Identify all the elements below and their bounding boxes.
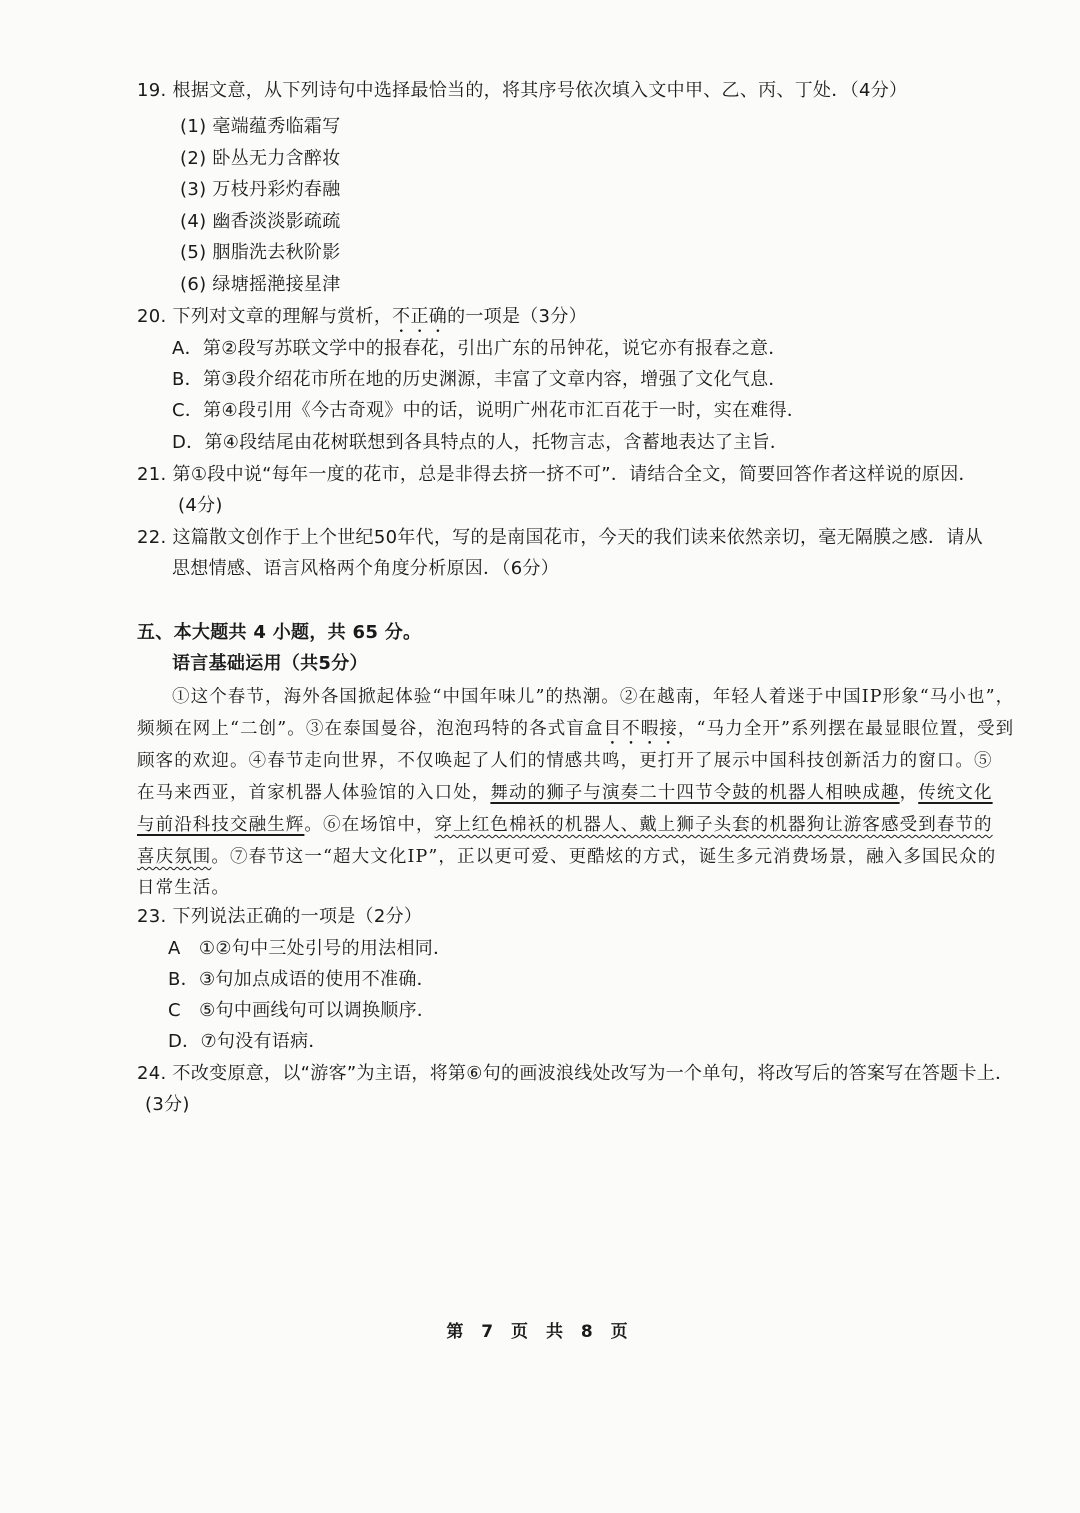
section-heading: 五、本大题共 4 小题，共 65 分。 (137, 621, 421, 645)
exam-page: 19. 根据文意，从下列诗句中选择最恰当的，将其序号依次填入文中甲、乙、丙、丁处… (0, 0, 1080, 1513)
q19-option-5: (5) 胭脂洗去秋阶影 (180, 241, 341, 265)
underlined-sentence-2-cont: 与前沿科技交融生辉 (137, 815, 304, 835)
wavy-underlined-sentence-cont: 喜庆氛围 (137, 847, 211, 867)
q21-line-1: 21. 第①段中说“每年一度的花市，总是非得去挤一挤不可”．请结合全文，简要回答… (137, 463, 977, 487)
q20-option-b: B．第③段介绍花市所在地的历史渊源，丰富了文章内容，增强了文化气息． (172, 368, 787, 392)
section-subheading: 语言基础运用（共5分） (172, 652, 368, 676)
passage-line-4: 在马来西亚，首家机器人体验馆的入口处，舞动的狮子与演奏二十四节令鼓的机器人相映成… (137, 781, 993, 805)
q19-stem: 19. 根据文意，从下列诗句中选择最恰当的，将其序号依次填入文中甲、乙、丙、丁处… (137, 79, 907, 103)
q21-line-2: (4分) (178, 494, 223, 518)
q24-line-2: (3分) (145, 1093, 190, 1117)
q24-line-1: 24. 不改变原意，以“游客”为主语，将第⑥句的画波浪线处改写为一个单句，将改写… (137, 1062, 1013, 1086)
passage-text: 频频在网上“二创”。③在泰国曼谷，泡泡玛特的各式盲盒 (137, 719, 604, 739)
q20-stem-emphasis: 不正确 (392, 306, 447, 327)
q22-line-2: 思想情感、语言风格两个角度分析原因．（6分） (172, 557, 559, 581)
q20-option-a: A．第②段写苏联文学中的报春花，引出广东的吊钟花，说它亦有报春之意． (172, 337, 787, 361)
q23-option-d: D．⑦句没有语病． (168, 1030, 327, 1054)
passage-text: ， (900, 783, 919, 803)
passage-line-6: 喜庆氛围。⑦春节这一“超大文化IP”，正以更可爱、更酷炫的方式，诞生多元消费场景… (137, 845, 996, 869)
q23-option-c: C ⑤句中画线句可以调换顺序． (168, 999, 435, 1023)
passage-line-1: ①这个春节，海外各国掀起体验“中国年味儿”的热潮。②在越南，年轻人着迷于中国IP… (172, 685, 1014, 709)
underlined-sentence-2: 传统文化 (918, 783, 992, 803)
q23-option-b: B．③句加点成语的使用不准确． (168, 968, 435, 992)
passage-text: 。⑥在场馆中， (304, 815, 434, 835)
q20-stem-suffix: 的一项是（3分） (447, 306, 587, 327)
underlined-sentence-1: 舞动的狮子与演奏二十四节令鼓的机器人相映成趣 (490, 783, 899, 803)
passage-text: 在马来西亚，首家机器人体验馆的入口处， (137, 783, 490, 803)
q19-option-3: (3) 万枝丹彩灼春融 (180, 178, 341, 202)
q19-option-2: (2) 卧丛无力含醉妆 (180, 147, 341, 171)
q19-option-6: (6) 绿塘摇滟接星津 (180, 273, 341, 297)
passage-line-5: 与前沿科技交融生辉。⑥在场馆中，穿上红色棉袄的机器人、戴上狮子头套的机器狗让游客… (137, 813, 993, 837)
q23-option-a: A ①②句中三处引号的用法相同． (168, 937, 451, 961)
q19-option-4: (4) 幽香淡淡影疏疏 (180, 210, 341, 234)
q20-stem: 20. 下列对文章的理解与赏析，不正确的一项是（3分） (137, 305, 587, 337)
q22-line-1: 22. 这篇散文创作于上个世纪50年代，写的是南国花市，今天的我们读来依然亲切，… (137, 526, 983, 550)
passage-line-7: 日常生活。 (137, 876, 230, 900)
page-number: 第 7 页 共 8 页 (0, 1320, 1080, 1344)
q20-option-c: C．第④段引用《今古奇观》中的话，说明广州花市汇百花于一时，实在难得． (172, 399, 805, 423)
wavy-underlined-sentence: 穿上红色棉袄的机器人、戴上狮子头套的机器狗让游客感受到春节的 (435, 815, 993, 835)
passage-text: ，“马力全开”系列摆在最显眼位置，受到 (678, 719, 1014, 739)
q19-option-1: (1) 毫端蕴秀临霜写 (180, 115, 341, 139)
passage-text: 。⑦春节这一“超大文化IP”，正以更可爱、更酷炫的方式，诞生多元消费场景，融入多… (211, 847, 996, 867)
q23-stem: 23. 下列说法正确的一项是（2分） (137, 905, 422, 929)
q20-option-d: D．第④段结尾由花树联想到各具特点的人，托物言志，含蓄地表达了主旨． (172, 431, 788, 455)
passage-line-2: 频频在网上“二创”。③在泰国曼谷，泡泡玛特的各式盲盒目不暇接，“马力全开”系列摆… (137, 717, 1014, 749)
dotted-idiom: 目不暇接 (604, 719, 678, 739)
q20-stem-prefix: 20. 下列对文章的理解与赏析， (137, 306, 392, 327)
passage-line-3: 顾客的欢迎。④春节走向世界，不仅唤起了人们的情感共鸣，更打开了展示中国科技创新活… (137, 749, 993, 773)
